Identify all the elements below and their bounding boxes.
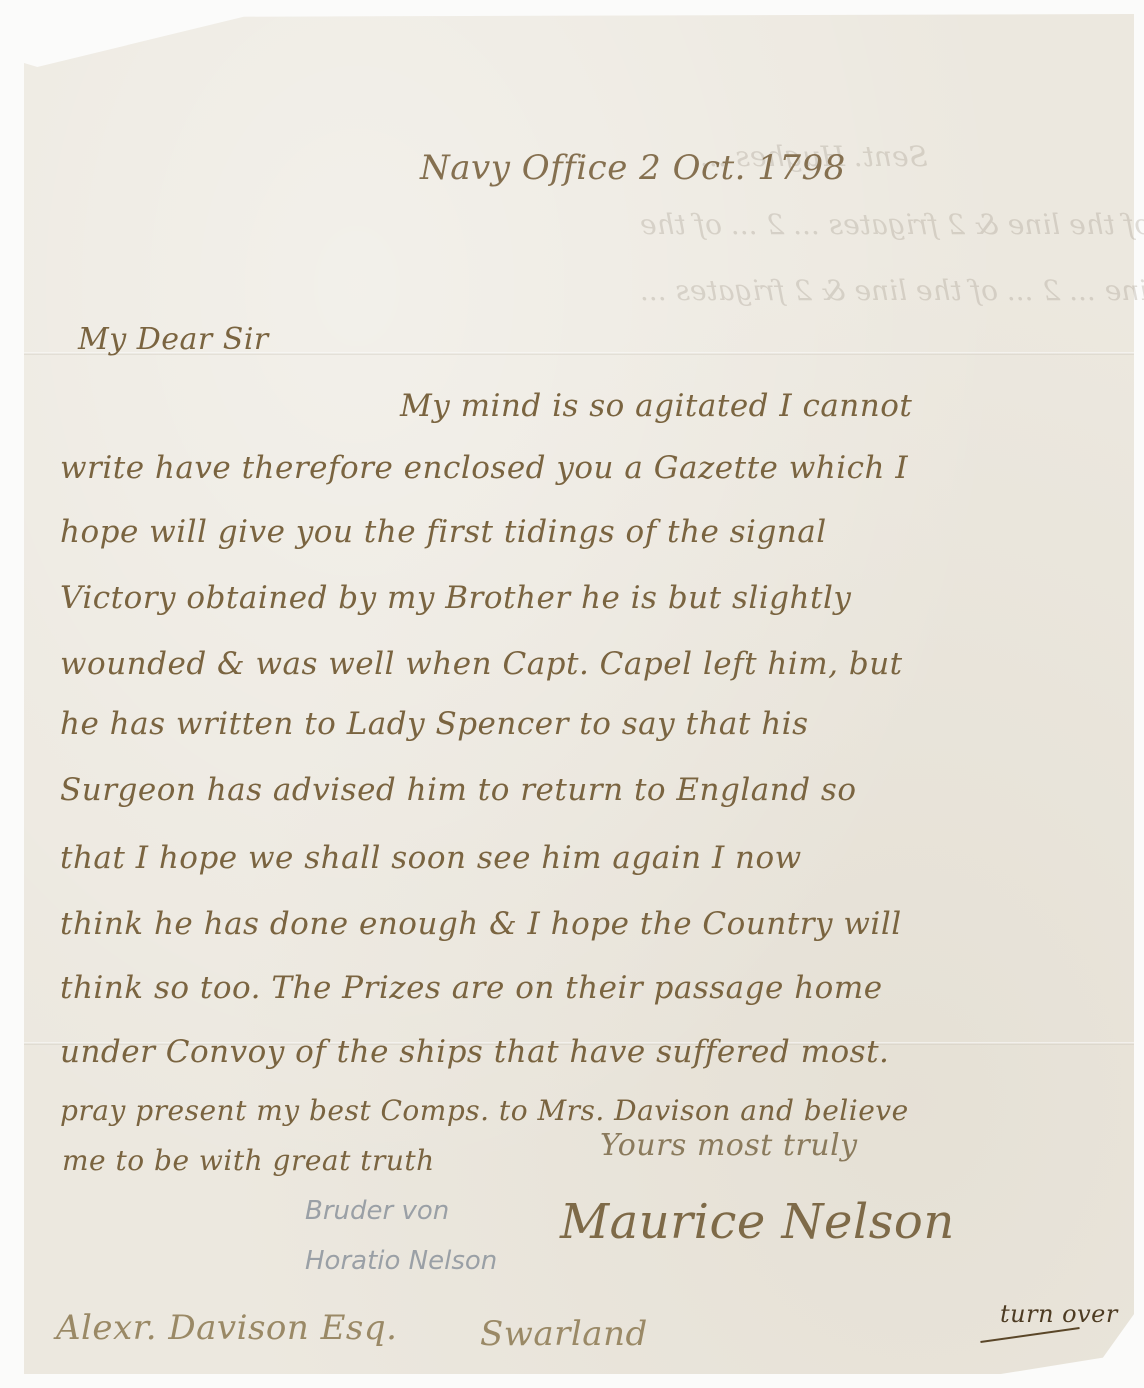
turn-over-note: turn over — [1000, 1300, 1118, 1328]
body-line: under Convoy of the ships that have suff… — [60, 1034, 889, 1070]
body-line: pray present my best Comps. to Mrs. Davi… — [60, 1094, 909, 1127]
dateline: Navy Office 2 Oct. 1798 — [420, 148, 846, 188]
bleed-through-text: line ... 2 ... of the line & 2 frigates … — [640, 274, 1144, 307]
body-line: wounded & was well when Capt. Capel left… — [60, 646, 903, 682]
location: Swarland — [480, 1314, 648, 1354]
body-line: think he has done enough & I hope the Co… — [60, 906, 902, 942]
salutation: My Dear Sir — [78, 322, 269, 357]
body-line: he has written to Lady Spencer to say th… — [60, 706, 809, 742]
body-line: My mind is so agitated I cannot — [400, 388, 912, 424]
body-line: Surgeon has advised him to return to Eng… — [60, 772, 857, 808]
body-line: me to be with great truth — [62, 1144, 435, 1177]
body-line: write have therefore enclosed you a Gaze… — [60, 450, 908, 486]
bleed-through-text: ... of the line & 2 frigates ... 2 ... o… — [640, 208, 1144, 241]
signature: Maurice Nelson — [560, 1194, 955, 1250]
body-line: hope will give you the first tidings of … — [60, 514, 827, 550]
body-line: Victory obtained by my Brother he is but… — [60, 580, 851, 616]
addressee: Alexr. Davison Esq. — [56, 1308, 397, 1348]
pencil-annotation: Bruder von — [305, 1196, 449, 1226]
body-line: think so too. The Prizes are on their pa… — [60, 970, 883, 1006]
closing: Yours most truly — [600, 1128, 858, 1163]
pencil-annotation: Horatio Nelson — [305, 1246, 497, 1276]
body-line: that I hope we shall soon see him again … — [60, 840, 802, 876]
